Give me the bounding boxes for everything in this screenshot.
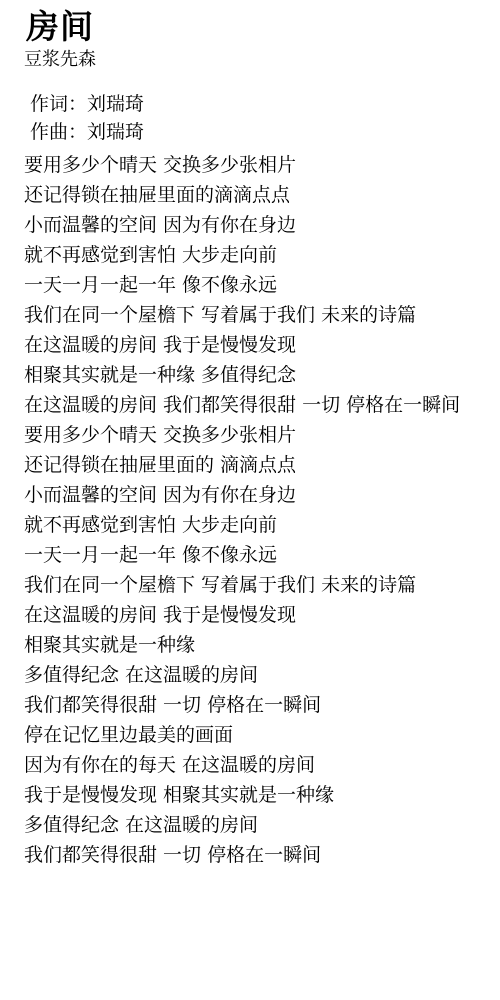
artist-name: 豆浆先森	[24, 49, 490, 71]
lyric-line: 还记得锁在抽屉里面的滴滴点点	[24, 180, 490, 210]
lyric-line: 就不再感觉到害怕 大步走向前	[24, 240, 490, 270]
lyric-line: 我们在同一个屋檐下 写着属于我们 未来的诗篇	[24, 300, 490, 330]
lyric-line: 我们都笑得很甜 一切 停格在一瞬间	[24, 840, 490, 870]
lyric-line: 多值得纪念 在这温暖的房间	[24, 810, 490, 840]
lyric-line: 我于是慢慢发现 相聚其实就是一种缘	[24, 780, 490, 810]
lyric-line: 在这温暖的房间 我于是慢慢发现	[24, 600, 490, 630]
lyric-line: 在这温暖的房间 我于是慢慢发现	[24, 330, 490, 360]
lyrics-block: 要用多少个晴天 交换多少张相片 还记得锁在抽屉里面的滴滴点点 小而温馨的空间 因…	[24, 150, 490, 870]
lyric-line: 停在记忆里边最美的画面	[24, 720, 490, 750]
lyric-line: 因为有你在的每天 在这温暖的房间	[24, 750, 490, 780]
lyric-line: 相聚其实就是一种缘	[24, 630, 490, 660]
lyric-line: 小而温馨的空间 因为有你在身边	[24, 480, 490, 510]
lyric-line: 我们都笑得很甜 一切 停格在一瞬间	[24, 690, 490, 720]
lyric-line: 小而温馨的空间 因为有你在身边	[24, 210, 490, 240]
composer-credit: 作曲：刘瑞琦	[30, 118, 490, 146]
song-title: 房间	[26, 8, 490, 46]
lyric-line: 多值得纪念 在这温暖的房间	[24, 660, 490, 690]
lyric-line: 一天一月一起一年 像不像永远	[24, 270, 490, 300]
lyric-line: 还记得锁在抽屉里面的 滴滴点点	[24, 450, 490, 480]
lyric-line: 在这温暖的房间 我们都笑得很甜 一切 停格在一瞬间	[24, 390, 490, 420]
lyric-line: 就不再感觉到害怕 大步走向前	[24, 510, 490, 540]
lyricist-credit: 作词：刘瑞琦	[30, 90, 490, 118]
lyric-line: 相聚其实就是一种缘 多值得纪念	[24, 360, 490, 390]
lyrics-page: 房间 豆浆先森 作词：刘瑞琦 作曲：刘瑞琦 要用多少个晴天 交换多少张相片 还记…	[0, 0, 500, 1000]
lyric-line: 要用多少个晴天 交换多少张相片	[24, 420, 490, 450]
lyric-line: 一天一月一起一年 像不像永远	[24, 540, 490, 570]
lyric-line: 要用多少个晴天 交换多少张相片	[24, 150, 490, 180]
credits-block: 作词：刘瑞琦 作曲：刘瑞琦	[24, 90, 490, 146]
lyric-line: 我们在同一个屋檐下 写着属于我们 未来的诗篇	[24, 570, 490, 600]
